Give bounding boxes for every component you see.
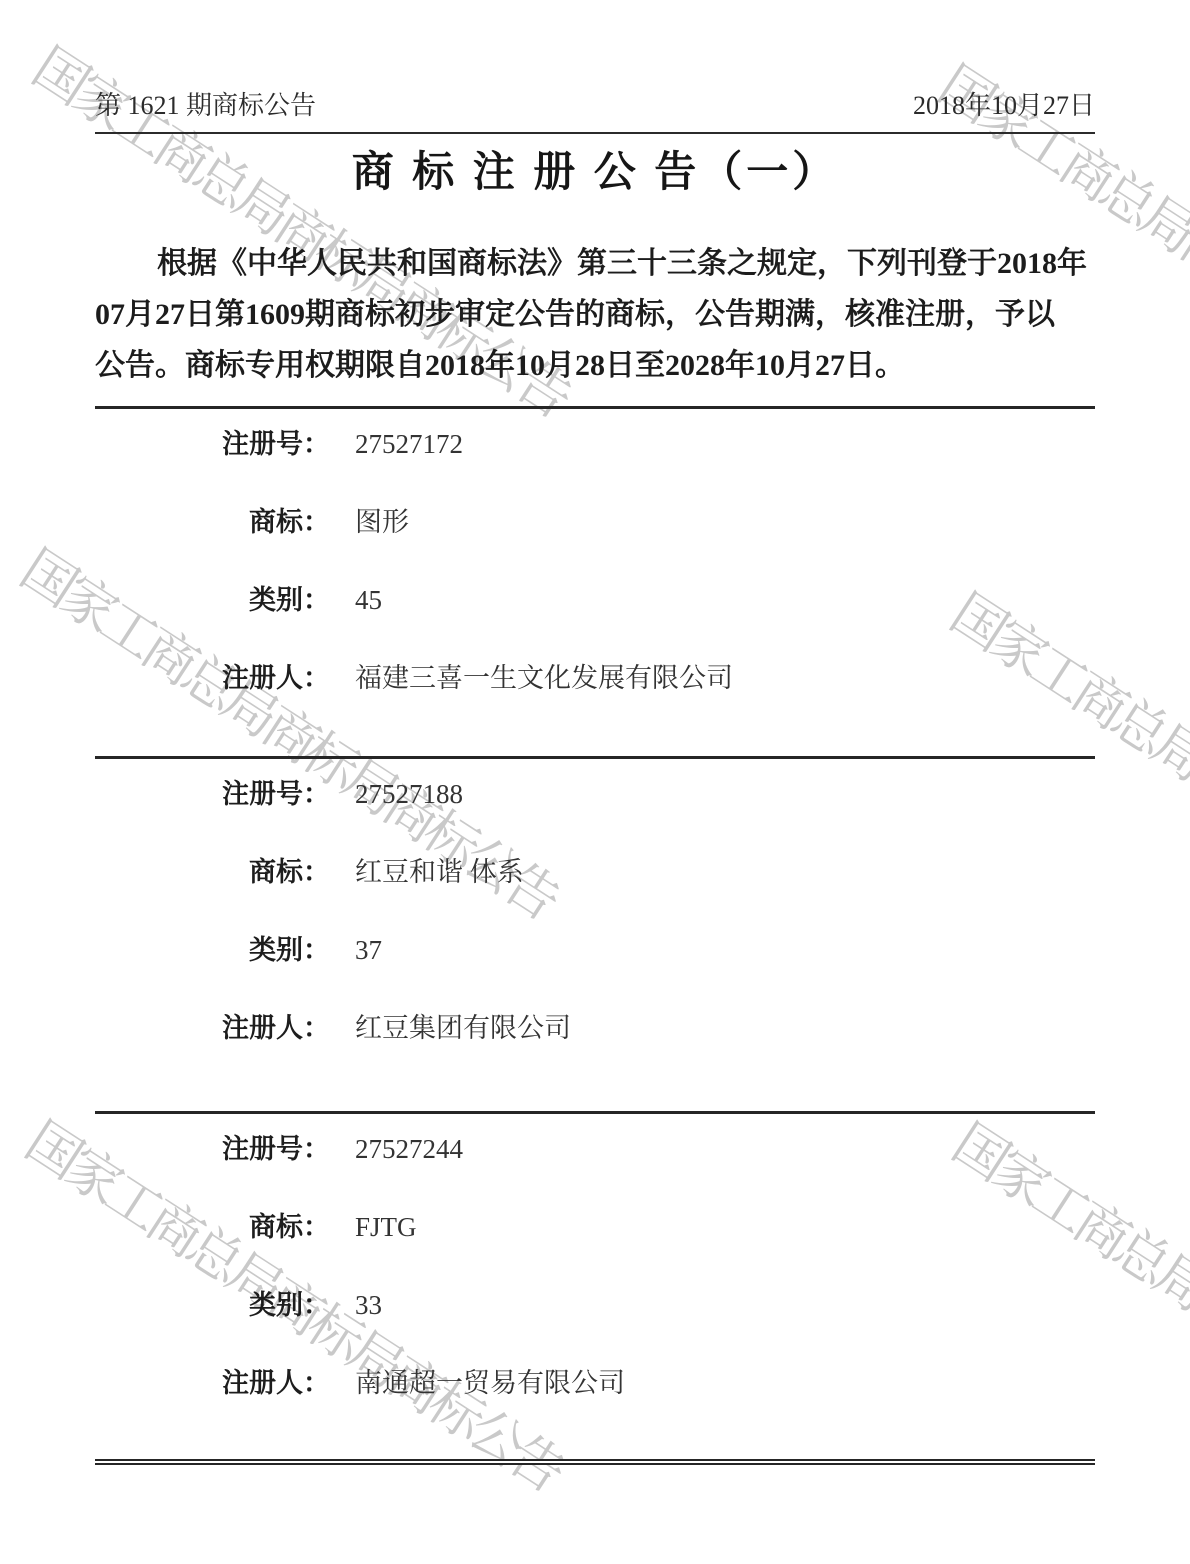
class-label: 类别： xyxy=(95,585,330,615)
intro-line: 公告。商标专用权期限自2018年10月28日至2028年10月27日。 xyxy=(95,340,1095,391)
reg-no-row: 注册号： 27527244 xyxy=(95,1134,1095,1164)
reg-no-label: 注册号： xyxy=(95,779,330,809)
registrant-label: 注册人： xyxy=(95,663,330,693)
issue-label: 第 1621 期商标公告 xyxy=(95,90,316,122)
class-row: 类别： 33 xyxy=(95,1290,1095,1320)
intro-line: 07月27日第1609期商标初步审定公告的商标，公告期满，核准注册，予以 xyxy=(95,289,1095,340)
trademark-entry: 注册号： 27527244 商标： FJTG 类别： 33 注册人： 南通超一贸… xyxy=(95,1111,1095,1459)
trademark-entry: 注册号： 27527188 商标： 红豆和谐 体系 类别： 37 注册人： 红豆… xyxy=(95,756,1095,1111)
page-header: 第 1621 期商标公告 2018年10月27日 xyxy=(95,0,1095,122)
registrant-label: 注册人： xyxy=(95,1368,330,1398)
header-divider xyxy=(95,132,1095,134)
reg-no-value: 27527172 xyxy=(355,429,463,459)
class-label: 类别： xyxy=(95,935,330,965)
reg-no-value: 27527188 xyxy=(355,779,463,809)
trademark-row: 商标： FJTG xyxy=(95,1212,1095,1242)
class-value: 45 xyxy=(355,585,382,615)
trademark-label: 商标： xyxy=(95,857,330,887)
page-title: 商 标 注 册 公 告（一） xyxy=(95,146,1095,200)
reg-no-label: 注册号： xyxy=(95,429,330,459)
registrant-value: 福建三喜一生文化发展有限公司 xyxy=(355,663,733,693)
class-value: 37 xyxy=(355,935,382,965)
registrant-row: 注册人： 福建三喜一生文化发展有限公司 xyxy=(95,663,1095,693)
trademark-label: 商标： xyxy=(95,507,330,537)
class-row: 类别： 37 xyxy=(95,935,1095,965)
registrant-value: 南通超一贸易有限公司 xyxy=(355,1368,625,1398)
trademark-row: 商标： 图形 xyxy=(95,507,1095,537)
page-content: 第 1621 期商标公告 2018年10月27日 商 标 注 册 公 告（一） … xyxy=(95,0,1095,1465)
intro-paragraph: 根据《中华人民共和国商标法》第三十三条之规定，下列刊登于2018年 07月27日… xyxy=(95,238,1095,391)
class-value: 33 xyxy=(355,1290,382,1320)
registrant-label: 注册人： xyxy=(95,1013,330,1043)
trademark-value: FJTG xyxy=(355,1212,417,1242)
reg-no-label: 注册号： xyxy=(95,1134,330,1164)
reg-no-row: 注册号： 27527188 xyxy=(95,779,1095,809)
issue-date: 2018年10月27日 xyxy=(913,90,1095,122)
gazette-page: { "page": { "header": { "issue_label": "… xyxy=(0,0,1190,1564)
reg-no-value: 27527244 xyxy=(355,1134,463,1164)
registrant-row: 注册人： 红豆集团有限公司 xyxy=(95,1013,1095,1043)
intro-line: 根据《中华人民共和国商标法》第三十三条之规定，下列刊登于2018年 xyxy=(95,238,1095,289)
registrant-value: 红豆集团有限公司 xyxy=(355,1013,571,1043)
trademark-value: 红豆和谐 体系 xyxy=(355,857,524,887)
bottom-divider xyxy=(95,1459,1095,1465)
trademark-row: 商标： 红豆和谐 体系 xyxy=(95,857,1095,887)
trademark-entry: 注册号： 27527172 商标： 图形 类别： 45 注册人： 福建三喜一生文… xyxy=(95,406,1095,756)
trademark-label: 商标： xyxy=(95,1212,330,1242)
class-label: 类别： xyxy=(95,1290,330,1320)
trademark-value: 图形 xyxy=(355,507,409,537)
trademark-entries: 注册号： 27527172 商标： 图形 类别： 45 注册人： 福建三喜一生文… xyxy=(95,406,1095,1459)
reg-no-row: 注册号： 27527172 xyxy=(95,429,1095,459)
registrant-row: 注册人： 南通超一贸易有限公司 xyxy=(95,1368,1095,1398)
class-row: 类别： 45 xyxy=(95,585,1095,615)
